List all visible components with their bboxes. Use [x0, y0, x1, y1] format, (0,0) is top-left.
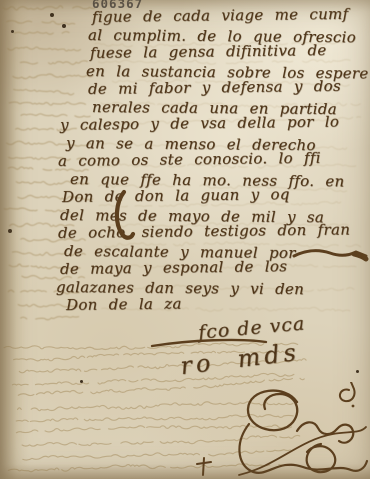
manuscript-line: de maya y esponal de los — [60, 256, 370, 278]
signature-name-line2: ro mds — [179, 338, 302, 380]
manuscript-line: fuese la gensa difinitiva de — [90, 41, 370, 62]
ink-spot — [80, 380, 83, 383]
ink-mark-cross — [196, 456, 212, 478]
ink-spot — [11, 30, 14, 33]
manuscript-text-block: figue de cada viage me cumf al cumplim. … — [0, 8, 370, 314]
manuscript-line: de mi fabor y defensa y dos — [88, 77, 370, 98]
signature-rubric — [233, 382, 370, 479]
ink-spot — [62, 24, 66, 28]
manuscript-page: 606367 figue de cada viage me cumf al cu… — [0, 0, 370, 479]
manuscript-line: y calespo y de vsa della por lo — [60, 112, 370, 134]
ink-spot — [50, 13, 54, 17]
ink-spot — [8, 229, 12, 233]
manuscript-line: Don de don la guan y oq — [62, 184, 370, 206]
archive-stamp-number: 606367 — [92, 0, 143, 11]
manuscript-line: de ocho, siendo testigos don fran — [58, 220, 370, 242]
manuscript-line: Don de la za — [66, 292, 370, 314]
manuscript-line: a como os ste conoscio. lo ffi — [58, 148, 370, 170]
ink-spot — [356, 370, 359, 373]
